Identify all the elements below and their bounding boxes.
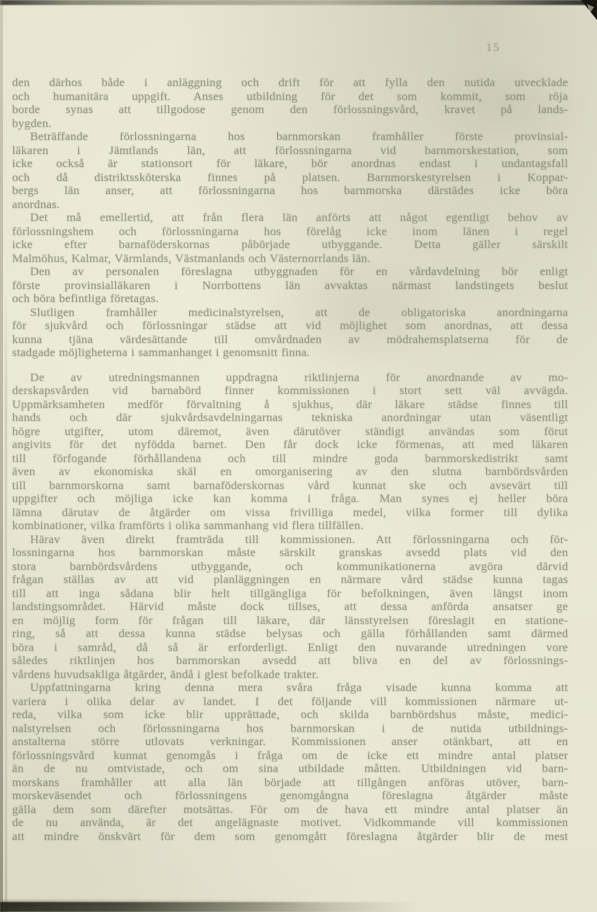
paragraph: De av utredningsmannen uppdragna riktlin… [12, 371, 568, 533]
text-line: de nu använda, är det angelägnaste motiv… [12, 816, 568, 830]
text-line: Härav även direkt framträda till kommiss… [12, 533, 568, 547]
text-line: borde synas att tillgodose genom den för… [12, 103, 568, 117]
text-line: vårdens huvudsakliga åtgärder, ändå i gl… [12, 668, 568, 682]
text-line: Malmöhus, Kalmar, Värmlands, Västmanland… [12, 252, 568, 266]
text-line: uppgifter och möjliga icke kan komma i f… [12, 492, 568, 506]
text-line: förlossningsvård kunnat genomgås i fråga… [12, 749, 568, 763]
text-line: bergs län anser, att förlossningarna hos… [12, 184, 568, 198]
text-line: till förfogande förhållandena och till m… [12, 452, 568, 466]
text-line: morskans framhåller att alla län började… [12, 776, 568, 790]
text-line: lossningarna hos barnmorskan måste särsk… [12, 546, 568, 560]
paragraph: Beträffande förlossningarna hos barnmors… [12, 130, 568, 211]
text-line: kombinationer, vilka framförts i olika s… [12, 519, 568, 533]
text-line: läkaren i Jämtlands län, att förlossning… [12, 144, 568, 158]
top-edge-shadow [0, 0, 597, 5]
text-line: Det må emellertid, att från flera län an… [12, 211, 568, 225]
paper-crease [5, 290, 7, 912]
text-line: till barnmorskorna samt barnaföderskorna… [12, 479, 568, 493]
text-line: frågan ställas av att vid planläggningen… [12, 573, 568, 587]
text-line: landstingsområdet. Härvid måste dock til… [12, 600, 568, 614]
text-line: icke också är stationsort för läkare, bö… [12, 157, 568, 171]
text-line: den därhos både i anläggning och drift f… [12, 76, 568, 90]
text-line: en möjlig form för frågan till läkare, d… [12, 614, 568, 628]
paragraph: Den av personalen föreslagna utbyggnaden… [12, 265, 568, 306]
text-line: nalstyrelsen och förlossningarna hos bar… [12, 722, 568, 736]
text-line: hands och där sjukvårdsavdelningarnas te… [12, 411, 568, 425]
text-line: än de nu omtvistade, och om sina utbilda… [12, 762, 568, 776]
text-line: och humanitära uppgift. Anses utbildning… [12, 90, 568, 104]
paragraph: Härav även direkt framträda till kommiss… [12, 533, 568, 682]
text-line: och då distriktssköterska finnes på plat… [12, 171, 568, 185]
text-line: reda, vilka som icke blir upprättade, oc… [12, 708, 568, 722]
text-line: Slutligen framhåller medicinalstyrelsen,… [12, 306, 568, 320]
text-line: anordnas. [12, 198, 568, 212]
bottom-scan-band [0, 902, 420, 912]
paragraph: Det må emellertid, att från flera län an… [12, 211, 568, 265]
text-line: De av utredningsmannen uppdragna riktlin… [12, 371, 568, 385]
text-line: anstalterna större utlovats verkningar. … [12, 735, 568, 749]
text-line: gälla dem som därefter motsättas. För om… [12, 803, 568, 817]
text-line: Den av personalen föreslagna utbyggnaden… [12, 265, 568, 279]
scanned-page: 15 den därhos både i anläggning och drif… [0, 0, 597, 912]
text-line: lämna därutav de åtgärder om vissa frivi… [12, 506, 568, 520]
text-line: ring, så att dessa kunna städse belysas … [12, 627, 568, 641]
text-line: förlossningshem och förlossningarna hos … [12, 225, 568, 239]
text-line: högre utgifter, utom däremot, även därut… [12, 425, 568, 439]
text-line: Beträffande förlossningarna hos barnmors… [12, 130, 568, 144]
paragraph: Slutligen framhåller medicinalstyrelsen,… [12, 306, 568, 360]
left-edge-shadow [0, 0, 3, 912]
text-line: till att inga sådana blir helt tillgängl… [12, 587, 568, 601]
text-line: att mindre önskvärt för dem som genomgåt… [12, 830, 568, 844]
text-line: morskeväsendet och förlossningens genomg… [12, 789, 568, 803]
text-column: den därhos både i anläggning och drift f… [12, 76, 568, 843]
text-line: och böra befintliga företagas. [12, 292, 568, 306]
text-line: stadgade möjligheterna i sammanhanget i … [12, 346, 568, 360]
text-line: Uppmärksamheten medför förvaltning å sju… [12, 398, 568, 412]
text-line: angivits för det nyfödda barnet. Den får… [12, 438, 568, 452]
text-line: variera i olika delar av landet. I det f… [12, 695, 568, 709]
text-line: böra i samråd, då så är erforderligt. En… [12, 641, 568, 655]
text-line: Uppfattningarna kring denna mera svåra f… [12, 681, 568, 695]
text-line: icke efter barnaföderskornas påbörjade u… [12, 238, 568, 252]
text-line: stora barnbördsvårdens utbyggande, och k… [12, 560, 568, 574]
paragraph: den därhos både i anläggning och drift f… [12, 76, 568, 130]
text-line: för sjukvård och förlossningar städse at… [12, 319, 568, 333]
text-line: förste provinsialläkaren i Norrbottens l… [12, 279, 568, 293]
text-line: bygden. [12, 117, 568, 131]
text-line: även av ekonomiska skäl en omorganiserin… [12, 465, 568, 479]
page-number: 15 [486, 40, 516, 55]
text-line: derskapsvården vid barnabörd finner komm… [12, 384, 568, 398]
text-line: kunna tjäna värdesättande till omvårdnad… [12, 333, 568, 347]
text-line: således riktlinjen hos barnmorskan avsed… [12, 654, 568, 668]
paragraph: Uppfattningarna kring denna mera svåra f… [12, 681, 568, 843]
